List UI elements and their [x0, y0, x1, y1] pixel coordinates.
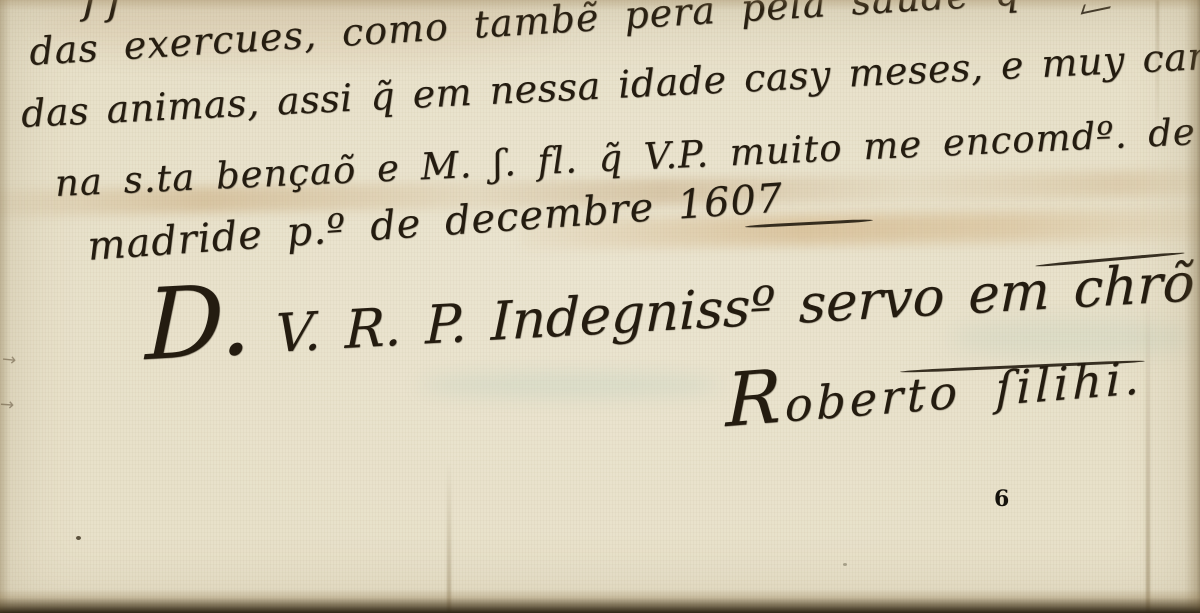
ink-speck — [843, 563, 847, 566]
manuscript-letter-scan: ſſ das exercues, como tambẽ pera pela sa… — [0, 0, 1200, 613]
paper-edge-left — [0, 0, 10, 613]
paper-crease-right — [1146, 293, 1150, 613]
page-number: 6 — [994, 486, 1009, 512]
age-tint-middle — [420, 372, 720, 398]
paper-edge-top — [0, 0, 1200, 10]
manuscript-signature: Roberto ſilihi. — [726, 347, 1144, 437]
ink-speck — [76, 536, 81, 540]
paper-edge-right — [1184, 0, 1200, 613]
manuscript-valediction: D. V. R. P. Indegnissº servo em chrõ — [145, 241, 1195, 372]
paper-edge-shadow-bottom — [0, 589, 1200, 613]
paper-crease-right-top — [1156, 0, 1159, 140]
